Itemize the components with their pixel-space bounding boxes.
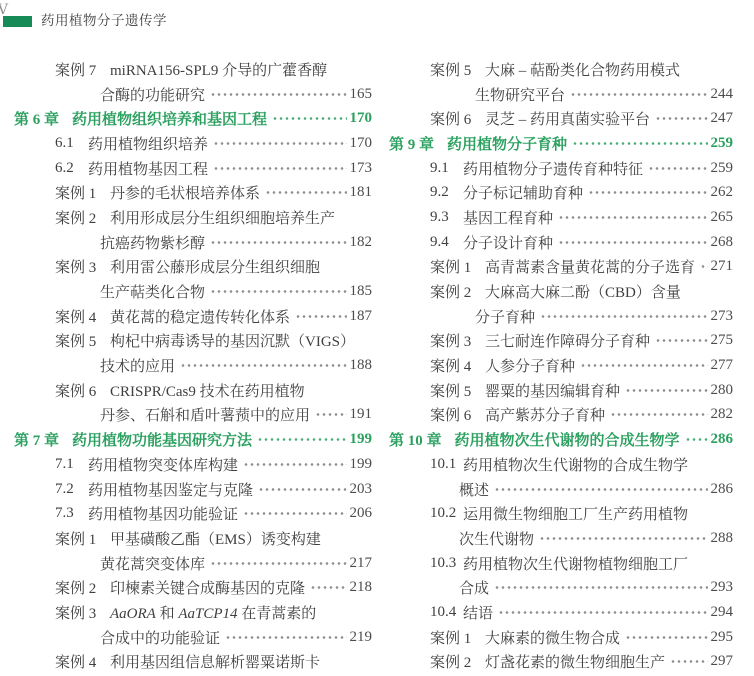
toc-entry-chapter: 第 10 章药用植物次生代谢物的合成生物学286 — [389, 427, 733, 452]
toc-column-right: 案例 5大麻 – 萜酚类化合物药用模式生物研究平台244案例 6灵芝 – 药用真… — [389, 57, 733, 674]
dot-leader — [210, 556, 346, 571]
entry-title: 丹参、石斛和盾叶薯蓣中的应用 — [100, 404, 310, 425]
page-number: 199 — [350, 456, 373, 473]
entry-label: 案例 6 — [430, 404, 485, 425]
dot-leader — [625, 383, 707, 398]
dot-leader — [498, 605, 707, 620]
entry-title: 甲基磺酸乙酯（EMS）诱变构建 — [110, 528, 321, 549]
page-number: 286 — [711, 481, 734, 498]
entry-title: 合成 — [459, 577, 489, 598]
entry-title: 合成中的功能验证 — [100, 627, 220, 648]
dot-leader — [588, 185, 707, 200]
entry-title: 分子标记辅助育种 — [463, 182, 583, 203]
running-title: 药用植物分子遗传学 — [41, 9, 167, 29]
entry-title: miRNA156-SPL9 介导的广藿香醇 — [110, 59, 327, 80]
entry-title: 灯盏花素的微生物细胞生产 — [485, 651, 665, 672]
entry-label: 案例 1 — [430, 256, 485, 277]
toc-entry-continuation: 抗癌药物紫杉醇182 — [14, 230, 372, 255]
entry-title: 印楝素关键合成酶基因的克隆 — [110, 577, 305, 598]
entry-label: 案例 6 — [55, 380, 110, 401]
page-number: 244 — [711, 86, 734, 103]
entry-title: 灵芝 – 药用真菌实验平台 — [485, 108, 650, 129]
entry-title: 药用植物基因功能验证 — [88, 503, 238, 524]
entry-title: CRISPR/Cas9 技术在药用植物 — [110, 380, 305, 401]
dot-leader — [258, 482, 346, 497]
toc-entry-section: 6.2药用植物基因工程173 — [14, 156, 372, 181]
entry-title: 利用基因组信息解析罂粟诺斯卡 — [110, 651, 320, 672]
dot-leader — [580, 358, 707, 373]
toc-entry-case: 案例 5大麻 – 萜酚类化合物药用模式 — [389, 57, 733, 82]
page-number: 181 — [350, 184, 373, 201]
toc-entry-section: 7.2药用植物基因鉴定与克隆203 — [14, 477, 372, 502]
entry-label: 案例 3 — [55, 602, 110, 623]
page-number: 268 — [711, 234, 734, 251]
dot-leader — [540, 309, 707, 324]
toc-entry-section: 9.4分子设计育种268 — [389, 230, 733, 255]
entry-title: 药用植物组织培养和基因工程 — [72, 108, 267, 129]
entry-title: 生物研究平台 — [475, 84, 565, 105]
page-number: 271 — [711, 258, 734, 275]
page-number: 203 — [350, 481, 373, 498]
page-number: 217 — [350, 555, 373, 572]
page-number: 199 — [350, 431, 373, 448]
entry-label: 案例 2 — [430, 651, 485, 672]
page-number: 282 — [711, 406, 734, 423]
entry-label: 案例 1 — [55, 182, 110, 203]
entry-label: 案例 4 — [430, 355, 485, 376]
entry-label: 10.4 — [430, 604, 463, 621]
toc-entry-continuation: 丹参、石斛和盾叶薯蓣中的应用191 — [14, 403, 372, 428]
page-number: 191 — [350, 406, 373, 423]
page-number: 165 — [350, 86, 373, 103]
entry-label: 案例 6 — [430, 108, 485, 129]
entry-title: 药用植物次生代谢物的合成生物学 — [455, 429, 680, 450]
entry-label: 9.1 — [430, 160, 463, 177]
toc-entry-case: 案例 6灵芝 – 药用真菌实验平台247 — [389, 106, 733, 131]
dot-leader — [570, 87, 707, 102]
toc-entry-section: 9.3基因工程育种265 — [389, 205, 733, 230]
header-green-bar — [3, 16, 32, 27]
page-number: 259 — [711, 160, 734, 177]
entry-title: 人参分子育种 — [485, 355, 575, 376]
entry-title: 抗癌药物紫杉醇 — [100, 232, 205, 253]
entry-label: 9.2 — [430, 184, 463, 201]
entry-title: 利用形成层分生组织细胞培养生产 — [110, 207, 335, 228]
toc-entry-case: 案例 3三七耐连作障碍分子育种275 — [389, 329, 733, 354]
entry-title: 药用植物分子遗传育种特征 — [463, 158, 643, 179]
page-number: 182 — [350, 234, 373, 251]
toc-entry-section: 10.3药用植物次生代谢物植物细胞工厂 — [389, 551, 733, 576]
dot-leader — [494, 580, 707, 595]
toc-entry-case: 案例 1大麻素的微生物合成295 — [389, 625, 733, 650]
dot-leader — [210, 87, 346, 102]
page-number: 277 — [711, 357, 734, 374]
toc-entry-case: 案例 3AaORA 和 AaTCP14 在青蒿素的 — [14, 600, 372, 625]
page-number: 170 — [350, 135, 373, 152]
toc-entry-continuation: 生物研究平台244 — [389, 82, 733, 107]
dot-leader — [272, 111, 346, 126]
dot-leader — [213, 161, 346, 176]
toc-entry-continuation: 技术的应用188 — [14, 353, 372, 378]
toc-entry-case: 案例 1甲基磺酸乙酯（EMS）诱变构建 — [14, 526, 372, 551]
entry-title: 结语 — [463, 602, 493, 623]
dot-leader — [655, 333, 707, 348]
entry-title: 大麻高大麻二酚（CBD）含量 — [485, 281, 681, 302]
entry-title: 高产紫苏分子育种 — [485, 404, 605, 425]
dot-leader — [225, 630, 346, 645]
page-number: 288 — [711, 530, 734, 547]
entry-label: 9.3 — [430, 209, 463, 226]
page-number: 219 — [350, 629, 373, 646]
toc-column-left: 案例 7miRNA156-SPL9 介导的广藿香醇合酶的功能研究165第 6 章… — [14, 57, 372, 674]
entry-label: 案例 4 — [55, 651, 110, 672]
dot-leader — [180, 358, 346, 373]
page-number: 206 — [350, 505, 373, 522]
toc-entry-case: 案例 5罂粟的基因编辑育种280 — [389, 378, 733, 403]
entry-label: 案例 2 — [55, 577, 110, 598]
entry-title: 分子育种 — [475, 306, 535, 327]
page-number: 265 — [711, 209, 734, 226]
entry-title: 技术的应用 — [100, 355, 175, 376]
entry-label: 第 7 章 — [14, 429, 59, 450]
toc-entry-chapter: 第 7 章药用植物功能基因研究方法199 — [14, 427, 372, 452]
entry-label: 第 6 章 — [14, 108, 59, 129]
entry-title: 药用植物组织培养 — [88, 133, 208, 154]
entry-title: 丹参的毛状根培养体系 — [110, 182, 260, 203]
entry-label: 案例 5 — [55, 330, 110, 351]
dot-leader — [610, 407, 707, 422]
entry-title: 药用植物次生代谢物的合成生物学 — [463, 454, 688, 475]
page-header: Ⅳ 药用植物分子遗传学 — [0, 0, 754, 34]
entry-label: 10.3 — [430, 555, 463, 572]
entry-label: 案例 5 — [430, 59, 485, 80]
toc-entry-case: 案例 4利用基因组信息解析罂粟诺斯卡 — [14, 650, 372, 675]
toc-entry-case: 案例 4黄花蒿的稳定遗传转化体系187 — [14, 304, 372, 329]
dot-leader — [210, 284, 346, 299]
page-number: 170 — [350, 110, 373, 127]
toc-entry-section: 10.4结语294 — [389, 600, 733, 625]
entry-label: 案例 5 — [430, 380, 485, 401]
page-number: 247 — [711, 110, 734, 127]
entry-label: 7.1 — [55, 456, 88, 473]
toc-entry-continuation: 分子育种273 — [389, 304, 733, 329]
toc-entry-case: 案例 1高青蒿素含量黄花蒿的分子选育271 — [389, 255, 733, 280]
toc-entry-chapter: 第 6 章药用植物组织培养和基因工程170 — [14, 106, 372, 131]
page-number: 275 — [711, 332, 734, 349]
dot-leader — [315, 407, 346, 422]
entry-title: 罂粟的基因编辑育种 — [485, 380, 620, 401]
page-number: 218 — [350, 579, 373, 596]
entry-title: 基因工程育种 — [463, 207, 553, 228]
page-number: 187 — [350, 308, 373, 325]
entry-label: 第 10 章 — [389, 429, 442, 450]
dot-leader — [213, 136, 346, 151]
entry-title: 三七耐连作障碍分子育种 — [485, 330, 650, 351]
entry-title: 合酶的功能研究 — [100, 84, 205, 105]
entry-label: 6.2 — [55, 160, 88, 177]
dot-leader — [558, 235, 707, 250]
page-number: 297 — [711, 653, 734, 670]
entry-title: AaORA 和 AaTCP14 在青蒿素的 — [110, 602, 316, 623]
entry-label: 案例 2 — [430, 281, 485, 302]
page-number: 173 — [350, 160, 373, 177]
entry-label: 案例 3 — [430, 330, 485, 351]
entry-label: 第 9 章 — [389, 133, 434, 154]
toc-entry-section: 10.1药用植物次生代谢物的合成生物学 — [389, 452, 733, 477]
dot-leader — [572, 136, 707, 151]
page-number: 185 — [350, 283, 373, 300]
page-number: 295 — [711, 629, 734, 646]
page-number: 262 — [711, 184, 734, 201]
dot-leader — [494, 482, 707, 497]
page-number: 188 — [350, 357, 373, 374]
toc-entry-case: 案例 5枸杞中病毒诱导的基因沉默（VIGS） — [14, 329, 372, 354]
dot-leader — [700, 259, 707, 274]
entry-title: 次生代谢物 — [459, 528, 534, 549]
entry-label: 案例 3 — [55, 256, 110, 277]
entry-title: 黄花蒿突变体库 — [100, 553, 205, 574]
toc-entry-continuation: 合酶的功能研究165 — [14, 82, 372, 107]
toc-entry-section: 6.1药用植物组织培养170 — [14, 131, 372, 156]
entry-label: 6.1 — [55, 135, 88, 152]
entry-title: 大麻素的微生物合成 — [485, 627, 620, 648]
dot-leader — [539, 531, 707, 546]
dot-leader — [655, 111, 707, 126]
toc-entry-continuation: 次生代谢物288 — [389, 526, 733, 551]
toc-entry-continuation: 概述286 — [389, 477, 733, 502]
entry-label: 9.4 — [430, 234, 463, 251]
entry-label: 案例 1 — [55, 528, 110, 549]
toc-entry-case: 案例 2印楝素关键合成酶基因的克隆218 — [14, 575, 372, 600]
toc-entry-continuation: 生产萜类化合物185 — [14, 279, 372, 304]
dot-leader — [243, 457, 346, 472]
toc-entry-case: 案例 2灯盏花素的微生物细胞生产297 — [389, 650, 733, 675]
entry-title: 概述 — [459, 479, 489, 500]
page-number: 293 — [711, 579, 734, 596]
entry-label: 7.3 — [55, 505, 88, 522]
entry-label: 案例 4 — [55, 306, 110, 327]
entry-title: 大麻 – 萜酚类化合物药用模式 — [485, 59, 680, 80]
page-number: 280 — [711, 382, 734, 399]
toc-entry-chapter: 第 9 章药用植物分子育种259 — [389, 131, 733, 156]
entry-title: 枸杞中病毒诱导的基因沉默（VIGS） — [110, 330, 355, 351]
toc-entry-case: 案例 1丹参的毛状根培养体系181 — [14, 180, 372, 205]
entry-title: 药用植物分子育种 — [447, 133, 567, 154]
toc-entry-section: 7.1药用植物突变体库构建199 — [14, 452, 372, 477]
dot-leader — [257, 432, 346, 447]
toc-entry-case: 案例 4人参分子育种277 — [389, 353, 733, 378]
toc-entry-case: 案例 2利用形成层分生组织细胞培养生产 — [14, 205, 372, 230]
dot-leader — [670, 654, 707, 669]
dot-leader — [210, 235, 346, 250]
toc-entry-case: 案例 6CRISPR/Cas9 技术在药用植物 — [14, 378, 372, 403]
entry-title: 药用植物基因鉴定与克隆 — [88, 479, 253, 500]
toc-entry-continuation: 黄花蒿突变体库217 — [14, 551, 372, 576]
toc-entry-case: 案例 2大麻高大麻二酚（CBD）含量 — [389, 279, 733, 304]
toc-entry-continuation: 合成293 — [389, 575, 733, 600]
dot-leader — [295, 309, 346, 324]
toc-entry-section: 9.1药用植物分子遗传育种特征259 — [389, 156, 733, 181]
entry-label: 7.2 — [55, 481, 88, 498]
entry-title: 黄花蒿的稳定遗传转化体系 — [110, 306, 290, 327]
entry-title: 高青蒿素含量黄花蒿的分子选育 — [485, 256, 695, 277]
dot-leader — [265, 185, 346, 200]
entry-title: 药用植物突变体库构建 — [88, 454, 238, 475]
entry-label: 案例 7 — [55, 59, 110, 80]
dot-leader — [243, 506, 346, 521]
page-number: 273 — [711, 308, 734, 325]
entry-label: 案例 1 — [430, 627, 485, 648]
entry-title: 运用微生物细胞工厂生产药用植物 — [463, 503, 688, 524]
page-number: 286 — [711, 431, 734, 448]
dot-leader — [310, 580, 346, 595]
entry-title: 药用植物基因工程 — [88, 158, 208, 179]
toc-entry-section: 7.3药用植物基因功能验证206 — [14, 501, 372, 526]
page-number: 294 — [711, 604, 734, 621]
toc-entry-case: 案例 3利用雷公藤形成层分生组织细胞 — [14, 255, 372, 280]
entry-title: 药用植物功能基因研究方法 — [72, 429, 252, 450]
entry-title: 分子设计育种 — [463, 232, 553, 253]
dot-leader — [685, 432, 708, 447]
page-number: 259 — [711, 135, 734, 152]
dot-leader — [558, 210, 707, 225]
toc-entry-section: 9.2分子标记辅助育种262 — [389, 180, 733, 205]
toc-entry-case: 案例 6高产紫苏分子育种282 — [389, 403, 733, 428]
entry-label: 10.2 — [430, 505, 463, 522]
entry-title: 利用雷公藤形成层分生组织细胞 — [110, 256, 320, 277]
entry-label: 10.1 — [430, 456, 463, 473]
toc-entry-continuation: 合成中的功能验证219 — [14, 625, 372, 650]
toc-entry-case: 案例 7miRNA156-SPL9 介导的广藿香醇 — [14, 57, 372, 82]
entry-title: 生产萜类化合物 — [100, 281, 205, 302]
entry-label: 案例 2 — [55, 207, 110, 228]
entry-title: 药用植物次生代谢物植物细胞工厂 — [463, 553, 688, 574]
toc-entry-section: 10.2运用微生物细胞工厂生产药用植物 — [389, 501, 733, 526]
dot-leader — [648, 161, 707, 176]
dot-leader — [625, 630, 707, 645]
